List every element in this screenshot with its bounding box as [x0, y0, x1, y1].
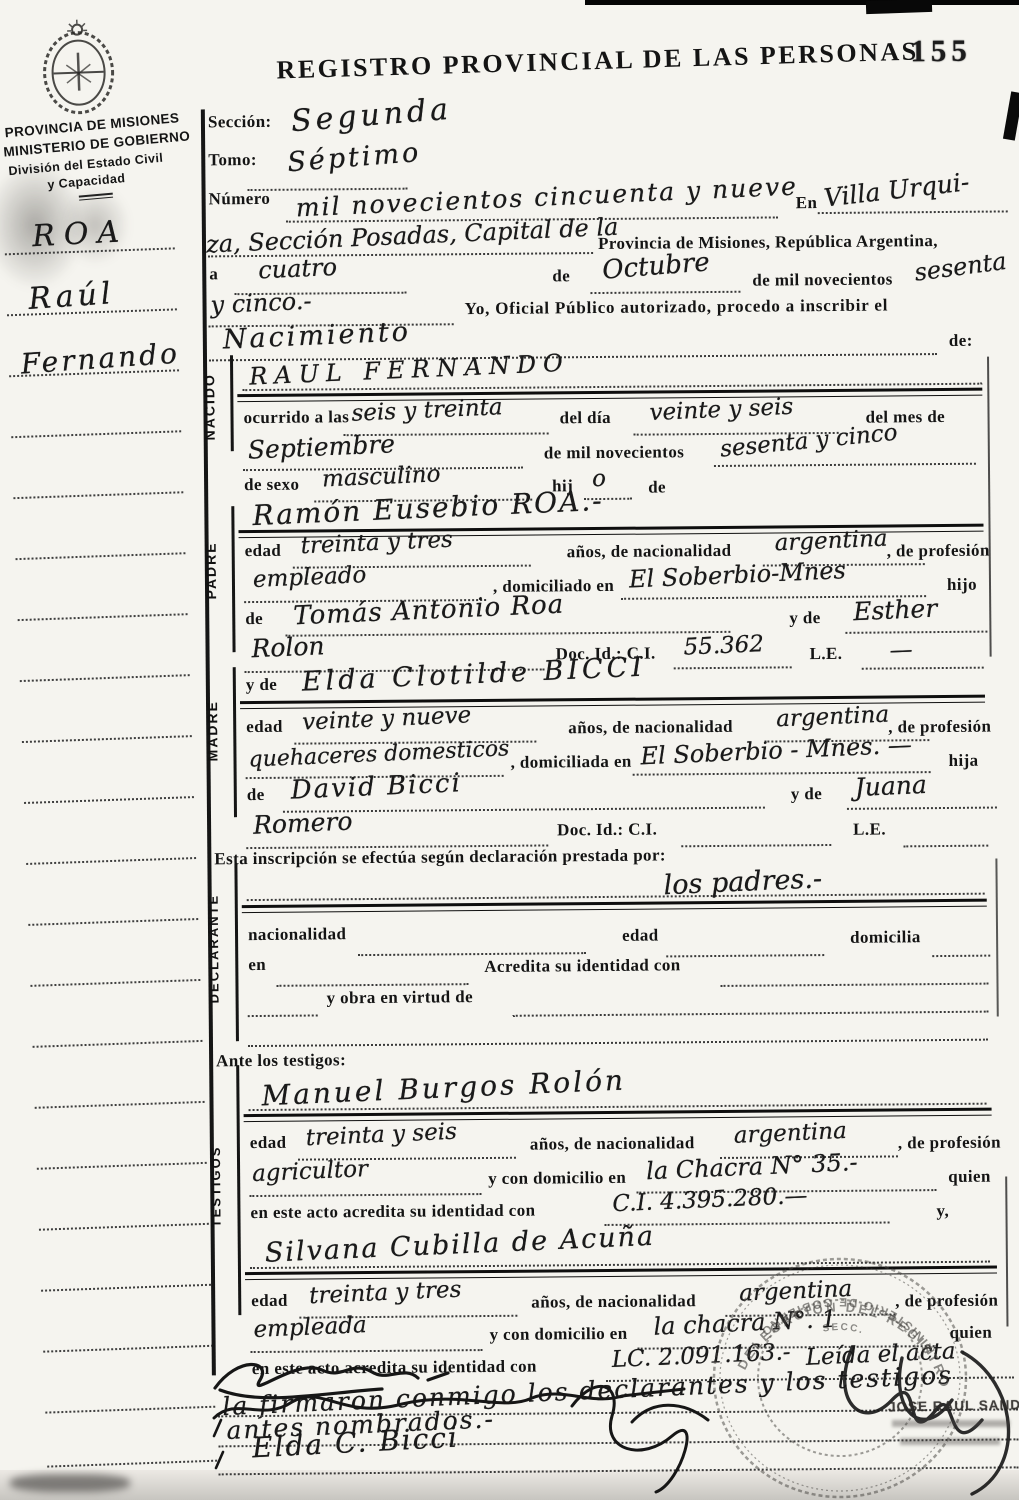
- oficial-text: Yo, Oficial Público autorizado, procedo …: [464, 295, 888, 319]
- padre-le-value: —: [889, 637, 913, 664]
- madre-le-label: L.E.: [853, 820, 886, 840]
- t2-anios-label: años, de nacionalidad: [531, 1291, 696, 1312]
- t1-acto-label: en este acto acredita su identidad con: [250, 1201, 535, 1223]
- madre-bar: [233, 667, 237, 817]
- section-label-nacido: NACIDO: [201, 365, 218, 447]
- anio-nac-leader: [714, 463, 976, 467]
- provincia-text: Provincia de Misiones, República Argenti…: [598, 231, 938, 254]
- signature-tick-1: [214, 1420, 223, 1468]
- field-tomo-label: Tomo:: [208, 150, 257, 170]
- t1-y-label: y,: [936, 1201, 949, 1221]
- section-label-declarante: DECLARANTE: [205, 873, 221, 1023]
- hora-value: seis y treinta: [351, 394, 503, 427]
- section-label-madre: MADRE: [204, 691, 221, 769]
- abuelo-p-leader: [285, 631, 730, 637]
- field-seccion-label: Sección:: [208, 112, 272, 133]
- t1-quien-label: quien: [948, 1167, 991, 1187]
- page-number-stamp: 155: [910, 33, 972, 70]
- madre-le-leader: [903, 845, 988, 848]
- deldia-label: del día: [559, 408, 611, 428]
- t1-prof-value: agricultor: [252, 1156, 369, 1187]
- abuela-m-value-1: Juana: [854, 770, 927, 802]
- field-tomo-value: Séptimo: [286, 137, 422, 178]
- de-colon-label: de:: [949, 331, 973, 351]
- dia-nac-value: veinte y seis: [649, 394, 794, 426]
- oficial-name-stamp: JOSE RAUL SANDOVAL: [888, 1396, 1019, 1414]
- abuela-m-leader-1: [847, 807, 997, 810]
- madre-doc-label: Doc. Id.: C.I.: [557, 820, 657, 841]
- field-a-label: a: [209, 264, 218, 284]
- padre-le-label: L.E.: [810, 644, 843, 664]
- form-right-border-b: [995, 859, 998, 1017]
- madre-ci-leader: [681, 844, 831, 847]
- padre-hijo-label: hijo: [947, 575, 977, 595]
- madre-de-label: de: [247, 785, 265, 805]
- madre-hija-label: hija: [948, 751, 978, 771]
- ocurrido-label: ocurrido a las: [243, 407, 349, 428]
- abuelo-m-value: David Bicci: [290, 768, 462, 805]
- form-right-border-a: [987, 357, 992, 657]
- padre-de-label: de: [245, 609, 263, 629]
- madre-nac-value: argentina: [776, 702, 890, 733]
- field-lugar-value-1: Villa Urqui-: [822, 167, 970, 212]
- field-numero-label: Número: [209, 189, 271, 210]
- declarante-acredita-leader: [720, 983, 988, 987]
- declarante-intro: Esta inscripción se efectúa según declar…: [214, 845, 666, 869]
- lugar-leader-1: [818, 210, 1008, 214]
- padre-edad-value: treinta y tres: [300, 527, 453, 560]
- svg-text:SECC.: SECC.: [822, 1322, 866, 1337]
- t1-prof-label: , de profesión: [898, 1133, 1001, 1154]
- padre-nac-value: argentina: [774, 526, 888, 557]
- testigo2-nombre-value: Silvana Cubilla de Acuña: [264, 1221, 655, 1269]
- section-label-padre: PADRE: [203, 531, 220, 609]
- field-acto-value: Nacimiento: [222, 316, 411, 355]
- scanned-birth-certificate: PROVINCIA DE MISIONES MINISTERIO DE GOBI…: [0, 0, 1019, 1500]
- declarante-en-label: en: [248, 955, 266, 975]
- madre-intro-label: y de: [246, 675, 278, 695]
- padre-bar: [231, 506, 235, 652]
- t1-dom-value: la Chacra N° 35.-: [646, 1148, 859, 1185]
- padre-yde-label: y de: [789, 608, 821, 628]
- declarante-domicilia-label: domicilia: [850, 927, 921, 948]
- abuela-p-value-2: Rolon: [251, 631, 325, 663]
- declarante-edad-label: edad: [622, 925, 659, 945]
- declarante-blank-leader: [248, 1039, 988, 1047]
- field-dia-value: cuatro: [258, 253, 338, 284]
- declarante-acredita-label: Acredita su identidad con: [484, 955, 680, 977]
- padre-ci-value: 55.362: [683, 631, 765, 660]
- de-label-nacido: de: [648, 477, 666, 497]
- field-en-label: En: [796, 193, 818, 213]
- t1-dom-label: y con domicilio en: [488, 1168, 626, 1189]
- madre-prof-value: quehaceres domesticos: [248, 736, 510, 772]
- rule-under-declarante: [242, 899, 987, 914]
- declarante-en-leader: [276, 983, 468, 987]
- testigos-bar: [236, 1065, 241, 1315]
- t1-edad-value: treinta y seis: [305, 1119, 457, 1152]
- padre-anios-label: años, de nacionalidad: [567, 541, 732, 562]
- t1-anios-label: años, de nacionalidad: [530, 1133, 695, 1154]
- desexo-label: de sexo: [244, 475, 299, 495]
- sexo-value: masculino: [322, 461, 441, 492]
- anio-nac-value: sesenta y cinco: [719, 420, 899, 463]
- section-label-testigos: TESTIGOS: [208, 1131, 224, 1241]
- abuelo-m-leader: [283, 807, 765, 813]
- oficial-stamp-illegible-line-1: [892, 1420, 1010, 1427]
- madre-dom-label: , domiciliada en: [510, 752, 631, 773]
- testigo1-nombre-value: Manuel Burgos Rolón: [261, 1063, 627, 1112]
- field-anio-value-2: y cinco.-: [210, 287, 312, 319]
- nacido-bar: [230, 355, 234, 451]
- padre-le-leader: [862, 667, 984, 670]
- field-seccion-value: Segunda: [290, 92, 453, 140]
- declarante-obra-label: y obra en virtud de: [327, 987, 474, 1008]
- demil-label-2: de mil novecientos: [544, 442, 685, 463]
- nacido-nombre: RAUL FERNANDO: [249, 349, 571, 391]
- abuela-m-value-2: Romero: [252, 806, 353, 839]
- mes-nac-value: Septiembre: [247, 429, 395, 464]
- declarante-obra-leader-b: [513, 1011, 989, 1017]
- declarante-edad-leader: [666, 954, 824, 957]
- padre-prof-label: , de profesión: [887, 541, 990, 562]
- t1-nac-value: argentina: [733, 1118, 847, 1149]
- madre-yde-label: y de: [791, 784, 823, 804]
- padre-dom-value: El Soberbio-Mnes: [628, 556, 846, 593]
- madre-nombre-value: Elda Clotilde BICCI: [301, 652, 646, 698]
- page-title: REGISTRO PROVINCIAL DE LAS PERSONAS: [276, 36, 919, 85]
- signature-scrawl-3: [572, 1386, 708, 1492]
- abuelo-p-value: Tomás Antonio Roa: [293, 590, 565, 632]
- t2-prof-value: empleada: [253, 1312, 367, 1343]
- madre-anios-label: años, de nacionalidad: [568, 717, 733, 738]
- padre-prof-value: empleado: [252, 562, 366, 593]
- madre-edad-label: edad: [246, 717, 283, 737]
- t1-doc-value: C.I. 4.395.280.—: [612, 1183, 808, 1217]
- demil-label-1: de mil novecientos: [752, 269, 893, 290]
- padre-edad-label: edad: [245, 541, 282, 561]
- field-de-label-1: de: [552, 266, 570, 286]
- abuela-p-value-1: Esther: [853, 594, 938, 627]
- field-anio-value-1: sesenta: [913, 247, 1008, 287]
- declarante-domicilia-leader: [932, 955, 990, 958]
- signature-scrawl-1: [215, 1364, 448, 1397]
- oficial-stamp-illegible-line-2: [900, 1438, 1000, 1445]
- declarante-bar: [234, 863, 239, 1041]
- padre-nombre-value: Ramón Eusebio ROA.-: [252, 484, 605, 532]
- t2-edad-value: treinta y tres: [309, 1277, 462, 1310]
- declarante-nacionalidad-label: nacionalidad: [248, 924, 347, 945]
- t1-prof-leader: [249, 1193, 481, 1197]
- t2-edad-label: edad: [251, 1291, 288, 1311]
- padre-ci-leader: [674, 666, 792, 669]
- declarante-obra-leader-a: [248, 1014, 318, 1017]
- form-right-border-c: [1005, 1176, 1008, 1326]
- t1-edad-label: edad: [250, 1133, 287, 1153]
- mes-leader: [590, 291, 740, 294]
- abuela-p-leader-1: [845, 631, 987, 634]
